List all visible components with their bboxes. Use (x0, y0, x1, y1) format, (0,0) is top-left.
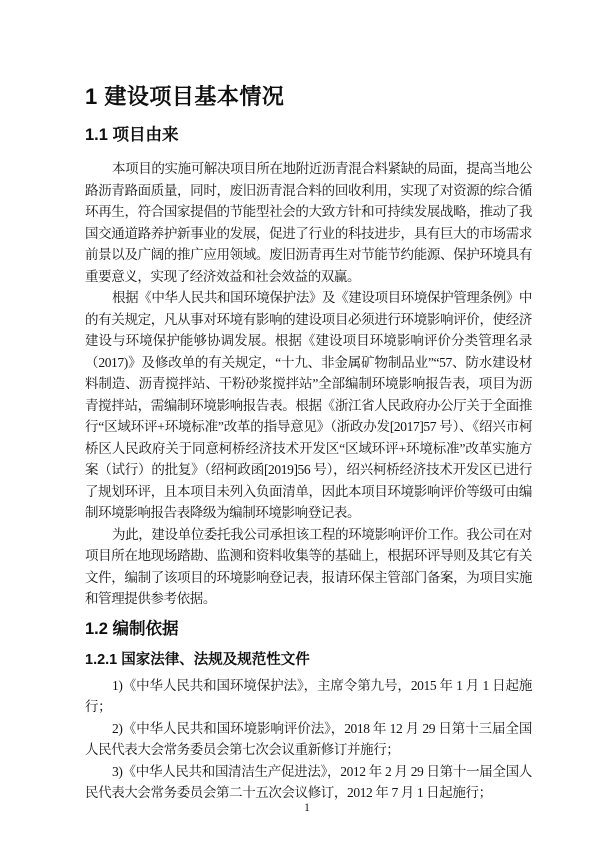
paragraph-project-origin-1: 本项目的实施可解决项目所在地附近沥青混合料紧缺的局面，提高当地公路沥青路面质量，… (85, 158, 532, 287)
document-page: 1 建设项目基本情况 1.1 项目由来 本项目的实施可解决项目所在地附近沥青混合… (0, 0, 614, 856)
paragraph-project-origin-2: 根据《中华人民共和国环境保护法》及《建设项目环境保护管理条例》中的有关规定，凡从… (85, 287, 532, 524)
paragraph-project-origin-3: 为此，建设单位委托我公司承担该工程的环境影响评价工作。我公司在对项目所在地现场踏… (85, 524, 532, 610)
subsection-1-2-1-heading: 1.2.1 国家法律、法规及规范性文件 (85, 651, 532, 669)
section-1-1-heading: 1.1 项目由来 (85, 126, 532, 146)
legal-reference-item-2: 2)《中华人民共和国环境影响评价法》，2018 年 12 月 29 日第十三届全… (85, 718, 532, 761)
section-1-2-heading: 1.2 编制依据 (85, 620, 532, 640)
legal-reference-item-3: 3)《中华人民共和国清洁生产促进法》，2012 年 2 月 29 日第十一届全国… (85, 761, 532, 804)
page-number: 1 (0, 800, 614, 815)
legal-reference-item-1: 1)《中华人民共和国环境保护法》，主席令第九号，2015 年 1 月 1 日起施… (85, 675, 532, 718)
chapter-title: 1 建设项目基本情况 (85, 84, 532, 110)
